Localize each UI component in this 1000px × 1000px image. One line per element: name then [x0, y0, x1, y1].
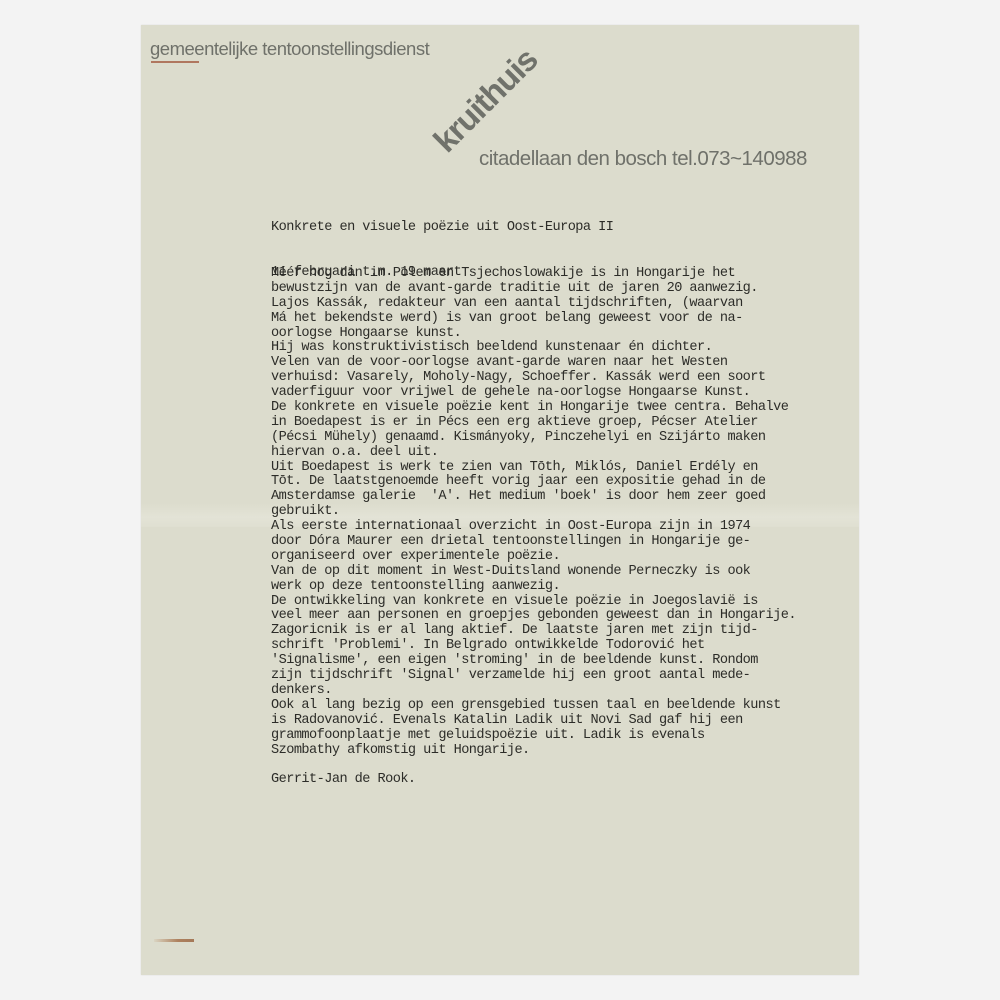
body-line: Méér nog dan in Polen en Tsjechoslowakij… [271, 267, 796, 282]
body-line: Hij was konstruktivistisch beeldend kuns… [271, 341, 796, 356]
body-line: in Boedapest is er in Pécs een erg aktie… [271, 416, 796, 431]
body-line: De ontwikkeling van konkrete en visuele … [271, 595, 796, 610]
body-line: organiseerd over experimentele poëzie. [271, 550, 796, 565]
body-line: grammofoonplaatje met geluidspoëzie uit.… [271, 729, 796, 744]
body-line: zijn tijdschrift 'Signal' verzamelde hij… [271, 669, 796, 684]
body-line: denkers. [271, 684, 796, 699]
body-line: 'Signalisme', een eigen 'stroming' in de… [271, 654, 796, 669]
body-line: schrift 'Problemi'. In Belgrado ontwikke… [271, 639, 796, 654]
exhibition-title: Konkrete en visuele poëzie uit Oost-Euro… [271, 221, 613, 236]
body-line: Má het bekendste werd) is van groot bela… [271, 312, 796, 327]
blank-line [271, 758, 796, 773]
body-line: Velen van de voor-oorlogse avant-garde w… [271, 356, 796, 371]
body-line: Tōt. De laatstgenoemde heeft vorig jaar … [271, 475, 796, 490]
ink-underline-mark [151, 61, 199, 63]
brand-logo-text: kruithuis [426, 41, 545, 160]
body-line: Lajos Kassák, redakteur van een aantal t… [271, 297, 796, 312]
body-line: Als eerste internationaal overzicht in O… [271, 520, 796, 535]
body-line: gebruikt. [271, 505, 796, 520]
rust-stain [154, 939, 194, 942]
body-line: door Dóra Maurer een drietal tentoonstel… [271, 535, 796, 550]
body-line: Zagoricnik is er al lang aktief. De laat… [271, 624, 796, 639]
body-line: Amsterdamse galerie 'A'. Het medium 'boe… [271, 490, 796, 505]
body-line: oorlogse Hongaarse kunst. [271, 327, 796, 342]
body-line: hiervan o.a. deel uit. [271, 446, 796, 461]
body-line: is Radovanović. Evenals Katalin Ladik ui… [271, 714, 796, 729]
address-line: citadellaan den bosch tel.073~140988 [479, 147, 807, 171]
body-line: De konkrete en visuele poëzie kent in Ho… [271, 401, 796, 416]
body-line: bewustzijn van de avant-garde traditie u… [271, 282, 796, 297]
body-line: vaderfiguur voor vrijwel de gehele na-oo… [271, 386, 796, 401]
body-line: werk op deze tentoonstelling aanwezig. [271, 580, 796, 595]
signature: Gerrit-Jan de Rook. [271, 773, 796, 788]
body-line: Szombathy afkomstig uit Hongarije. [271, 744, 796, 759]
organization-name: gemeentelijke tentoonstellingsdienst [150, 38, 429, 60]
body-line: Ook al lang bezig op een grensgebied tus… [271, 699, 796, 714]
body-line: verhuisd: Vasarely, Moholy-Nagy, Schoeff… [271, 371, 796, 386]
body-line: Van de op dit moment in West-Duitsland w… [271, 565, 796, 580]
letter-body: Méér nog dan in Polen en Tsjechoslowakij… [271, 267, 796, 788]
letter-page: gemeentelijke tentoonstellingsdienst kru… [141, 25, 859, 975]
body-line: (Pécsi Mühely) genaamd. Kismányoky, Pinc… [271, 431, 796, 446]
body-line: veel meer aan personen en groepjes gebon… [271, 609, 796, 624]
body-line: Uit Boedapest is werk te zien van Tōth, … [271, 461, 796, 476]
